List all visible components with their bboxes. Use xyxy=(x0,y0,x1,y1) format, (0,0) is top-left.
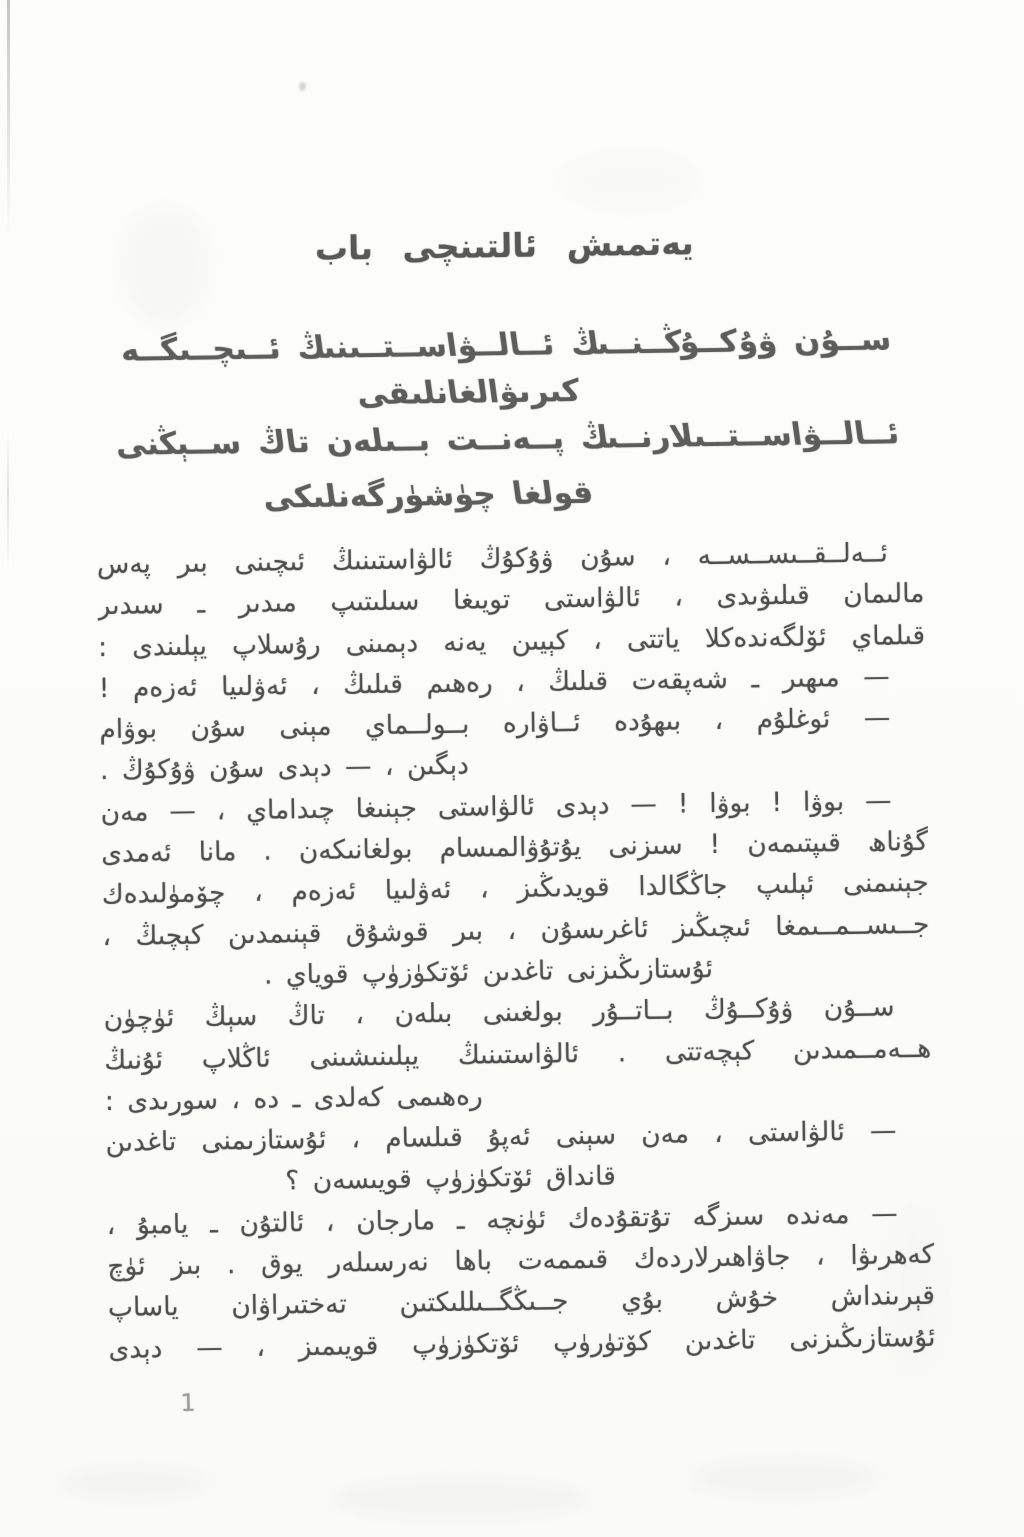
page-number: 1 xyxy=(180,1389,196,1417)
subtitle-line: قولغا چۈشۈرگەنلىكى xyxy=(0,465,943,527)
chapter-subtitle: ســۇن ۋۇكــۇڭــنــىڭ ئــالــۋاســتــىنىڭ… xyxy=(0,314,1020,525)
page-content: يەتمىش ئالتىنچى باب ســۇن ۋۇكــۇڭــنــىڭ… xyxy=(0,0,1024,1537)
chapter-title: يەتمىش ئالتىنچى باب xyxy=(0,218,1016,272)
scanned-book-page: يەتمىش ئالتىنچى باب ســۇن ۋۇكــۇڭــنــىڭ… xyxy=(0,0,1024,1537)
body-text: ئــەلــقــىســســە ، سۇن ۋۇكۇڭ ئالۋاستىن… xyxy=(97,532,936,1370)
